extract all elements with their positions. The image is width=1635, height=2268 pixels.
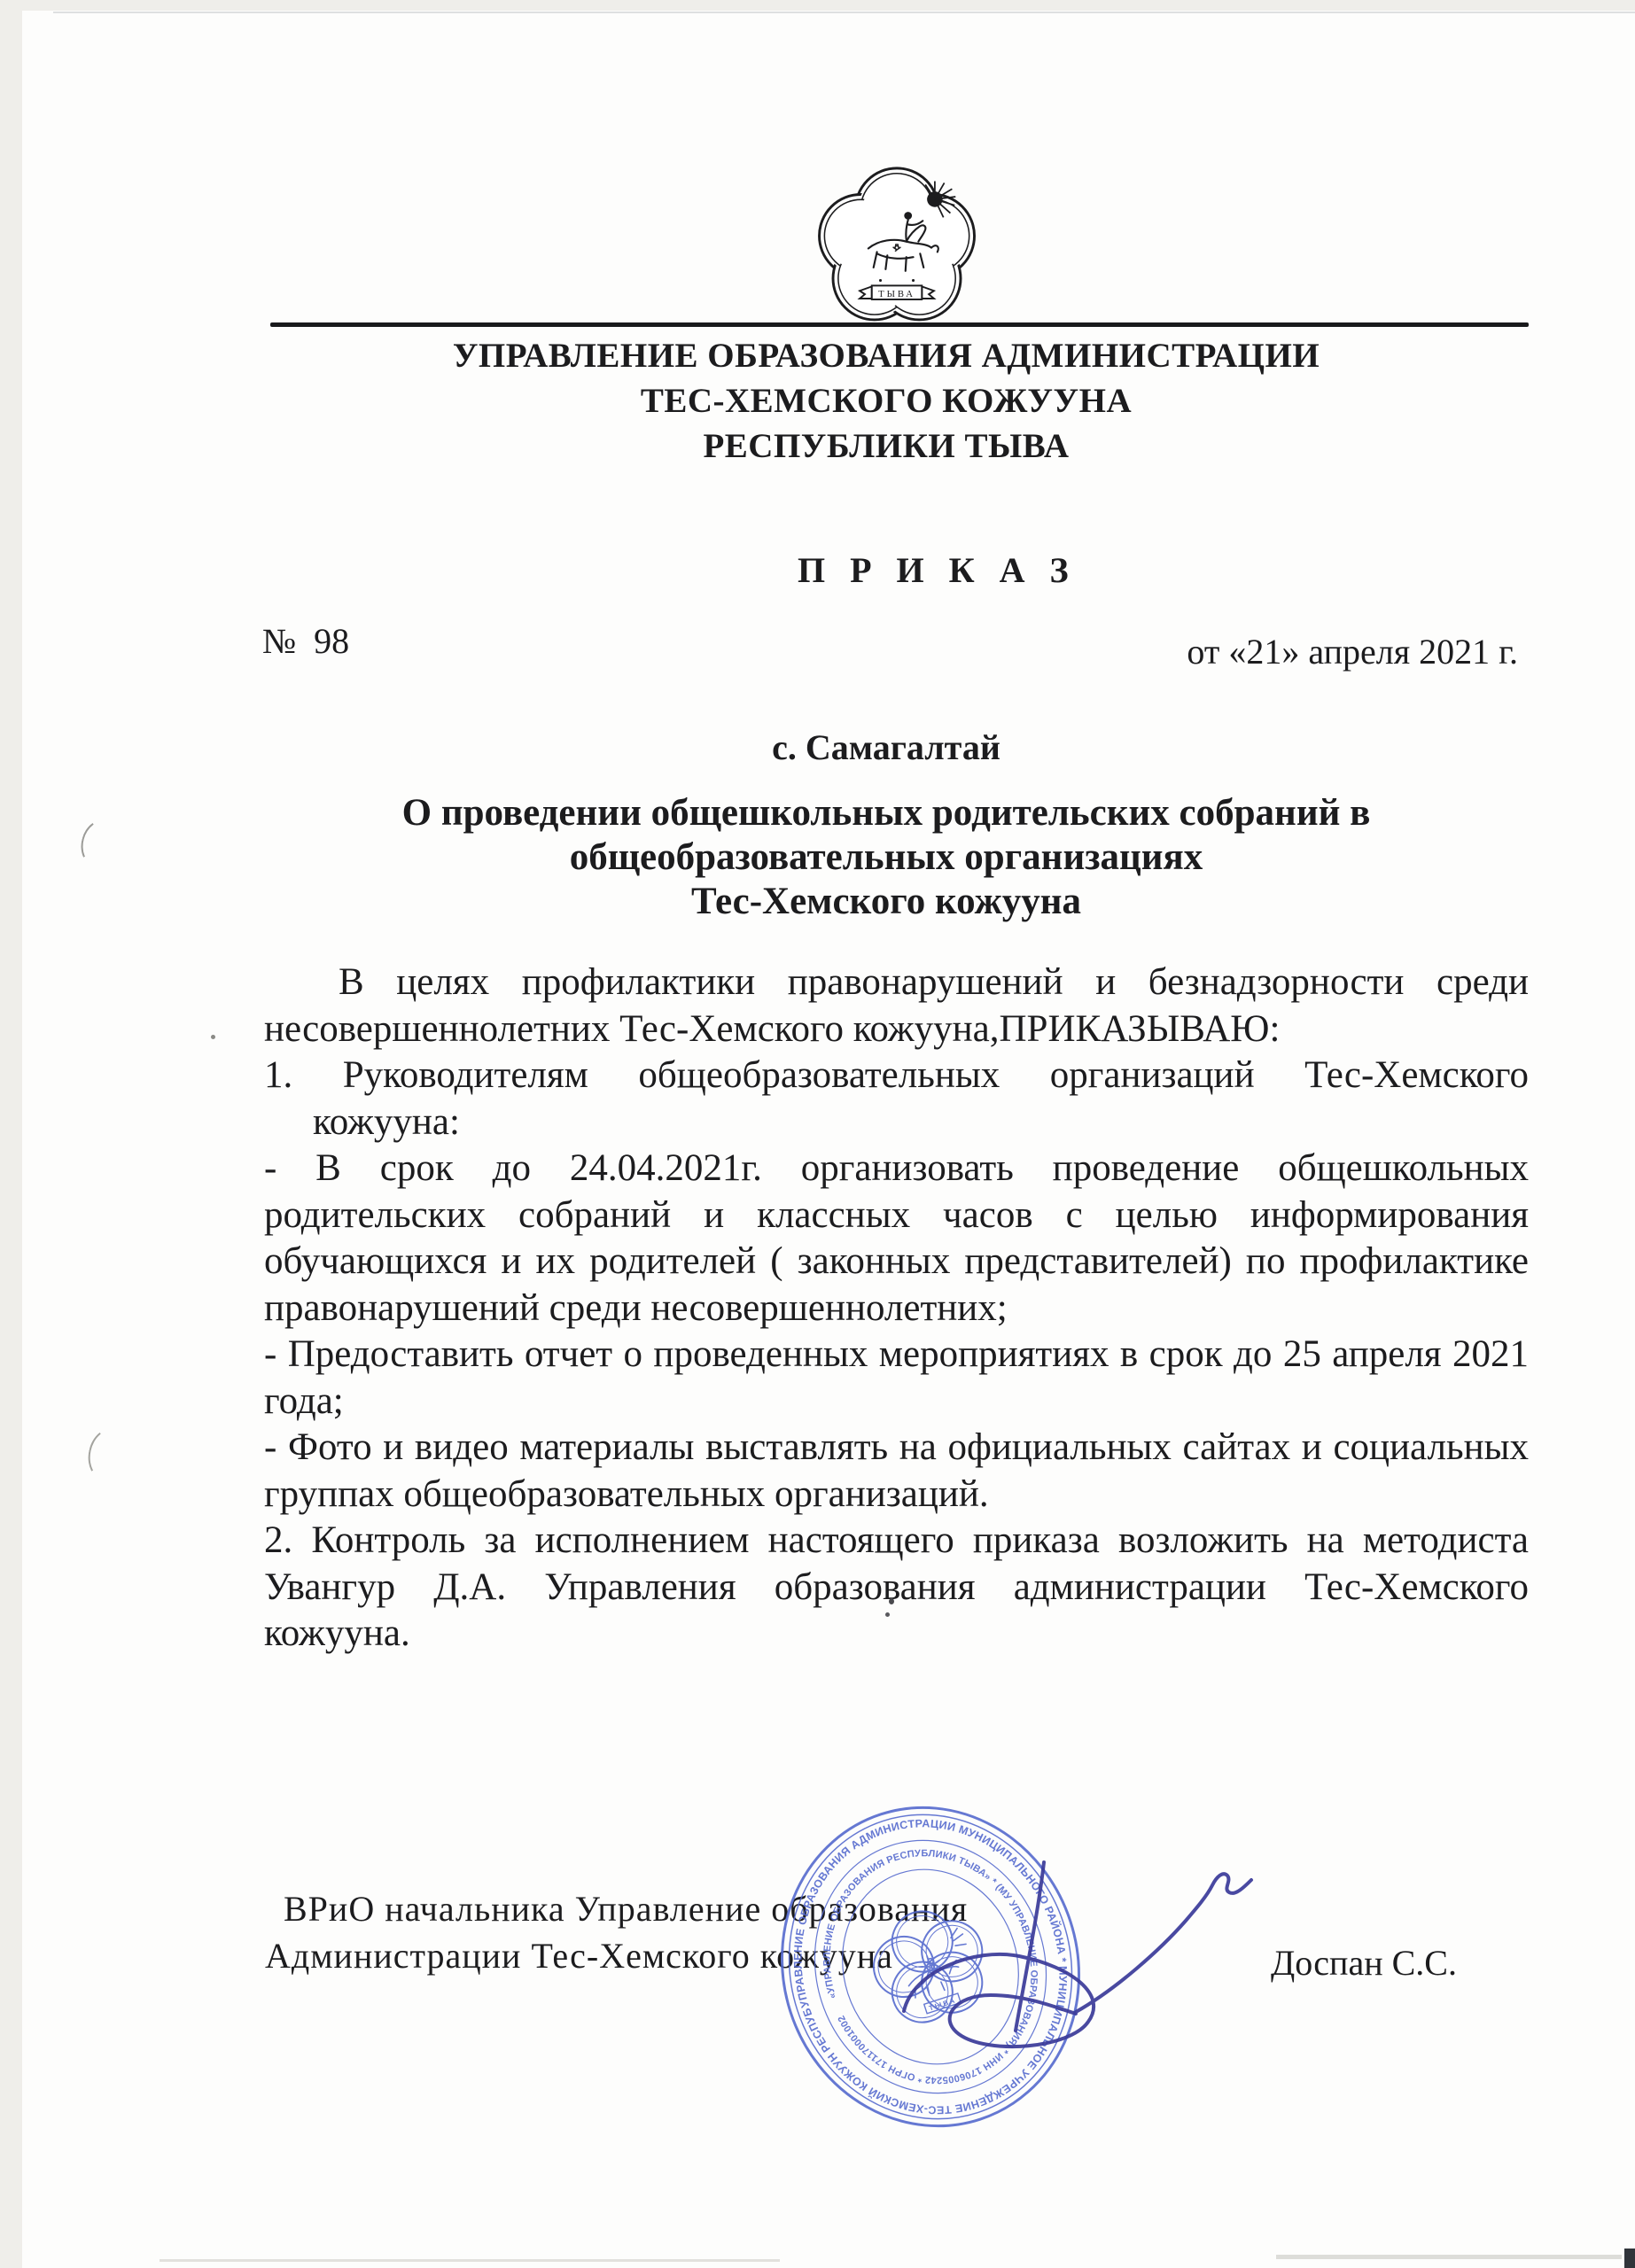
body-line: - Предоставить отчет о проведенных мероп… xyxy=(264,1332,1529,1379)
body-line: 2. Контроль за исполнением настоящего пр… xyxy=(264,1518,1529,1565)
org-name-line-1: УПРАВЛЕНИЕ ОБРАЗОВАНИЯ АДМИНИСТРАЦИИ xyxy=(137,333,1635,378)
order-date: от «21» апреля 2021 г. xyxy=(1187,631,1518,672)
org-name-line-2: ТЕС-ХЕМСКОГО КОЖУУНА xyxy=(137,378,1635,423)
coat-of-arms-emblem: ТЫВА xyxy=(802,164,993,332)
scan-smudge xyxy=(1276,2255,1622,2259)
ink-dot xyxy=(885,1612,890,1617)
body-line: - В срок до 24.04.2021г. организовать пр… xyxy=(264,1146,1529,1192)
doc-type-heading: П Р И К А З xyxy=(798,549,1077,591)
page-content: ТЫВА УПРАВЛЕНИЕ ОБРАЗОВАНИЯ АДМИНИСТРАЦИ… xyxy=(0,0,1635,2268)
ink-dot xyxy=(889,1598,894,1604)
body-line: обучающихся и их родителей ( законных пр… xyxy=(264,1239,1529,1285)
order-title-line-1: О проведении общешкольных родительских с… xyxy=(137,791,1635,835)
order-place: с. Самагалтай xyxy=(137,726,1635,768)
order-title-line-2: общеобразовательных организациях xyxy=(137,835,1635,880)
order-number: № 98 xyxy=(262,620,349,662)
body-line: В целях профилактики правонарушений и бе… xyxy=(264,959,1529,1006)
handwritten-signature xyxy=(851,1843,1294,2091)
body-line: Увангур Д.А. Управления образования адми… xyxy=(264,1565,1529,1612)
ink-dot xyxy=(211,1035,215,1039)
pen-mark xyxy=(76,815,125,871)
body-line: правонарушений среди несовершеннолетних; xyxy=(264,1285,1529,1332)
scan-smudge xyxy=(160,2259,780,2262)
header-divider xyxy=(270,322,1529,327)
order-title-line-3: Тес-Хемского кожууна xyxy=(137,880,1635,924)
body-line: родительских собраний и классных часов с… xyxy=(264,1192,1529,1239)
organization-name: УПРАВЛЕНИЕ ОБРАЗОВАНИЯ АДМИНИСТРАЦИИ ТЕС… xyxy=(137,333,1635,469)
body-line: несовершеннолетних Тес-Хемского кожууна,… xyxy=(264,1006,1529,1053)
body-paragraphs: В целях профилактики правонарушений и бе… xyxy=(264,959,1529,1658)
scan-corner-mark xyxy=(1624,2249,1635,2268)
body-line: группах общеобразовательных организаций. xyxy=(264,1472,1529,1518)
body-line: кожууна: xyxy=(264,1099,1529,1146)
order-title: О проведении общешкольных родительских с… xyxy=(137,791,1635,924)
body-line: кожууна. xyxy=(264,1611,1529,1658)
org-name-line-3: РЕСПУБЛИКИ ТЫВА xyxy=(137,423,1635,469)
signatory-name: Доспан С.С. xyxy=(1271,1942,1457,1984)
pen-mark xyxy=(83,1425,134,1485)
body-line: 1. Руководителям общеобразовательных орг… xyxy=(264,1052,1529,1099)
emblem-banner-label: ТЫВА xyxy=(878,289,915,299)
body-line: года; xyxy=(264,1379,1529,1425)
body-line: - Фото и видео материалы выставлять на о… xyxy=(264,1425,1529,1472)
